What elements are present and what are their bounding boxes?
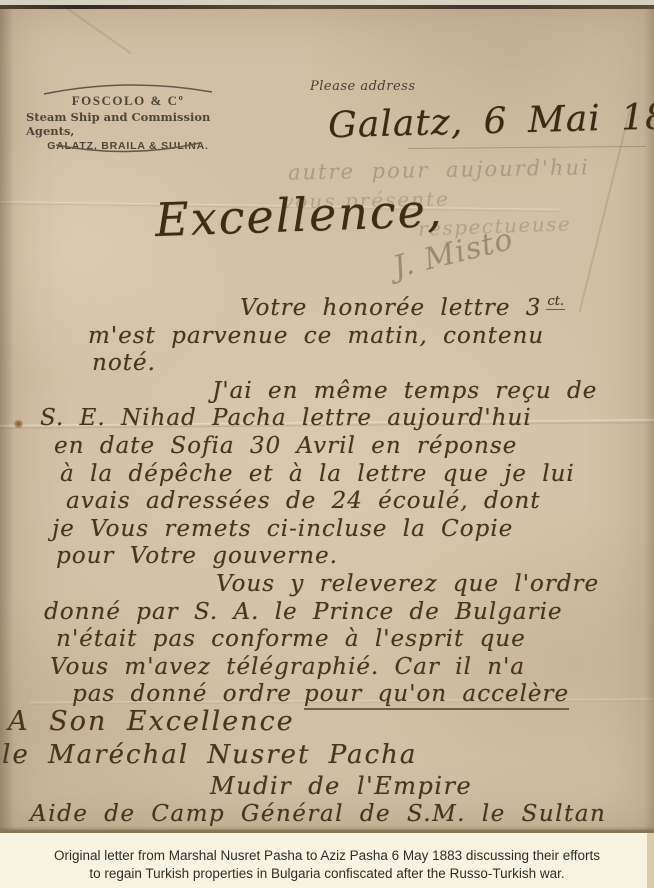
letter-line: avais adressées de 24 écoulé, dont (40, 488, 646, 516)
letter-line-text: Votre honorée lettre 3 (240, 295, 541, 321)
paper-top-edge (0, 5, 654, 9)
letter-line: Vous y releverez que l'ordre (40, 571, 646, 599)
letter-line: je Vous remets ci-incluse la Copie (40, 516, 646, 544)
recipient-title: Mudir de l'Empire (210, 772, 472, 800)
ink-stain (14, 420, 23, 428)
recipient-title-2: Aide de Camp Général de S.M. le Sultan (30, 801, 606, 827)
letter-line: à la dépêche et à la lettre que je lui (40, 461, 646, 489)
letter-line: Votre honorée lettre 3ct. (40, 288, 646, 323)
letterhead-stamp: FOSCOLO & Cº Steam Ship and Commission A… (26, 80, 230, 158)
paper-edge-shadow-left (0, 8, 14, 830)
caption-strip: Original letter from Marshal Nusret Pash… (0, 830, 654, 888)
letter-line-text: pas donné ordre (72, 681, 292, 707)
letter-line: noté. (40, 350, 646, 378)
bleed-through-text: autre pour aujourd'hui (288, 155, 590, 184)
underlined-phrase: pour qu'on accelère (304, 681, 569, 710)
letter-line: Vous m'avez télégraphié. Car il n'a (40, 654, 646, 682)
recipient-line: A Son Excellence (8, 706, 295, 737)
letter-line: J'ai en même temps reçu de (40, 378, 646, 406)
salutation: Excellence, (154, 183, 444, 247)
letter-line: S. E. Nihad Pacha lettre aujourd'hui (40, 405, 646, 433)
paper-edge-shadow-right (644, 8, 654, 830)
dateline-rule (408, 146, 646, 149)
letter-line: donné par S. A. le Prince de Bulgarie (40, 599, 646, 627)
recipient-name: le Maréchal Nusret Pacha (2, 740, 417, 770)
letter-paper: FOSCOLO & Cº Steam Ship and Commission A… (0, 0, 654, 830)
letter-line: m'est parvenue ce matin, contenu (40, 323, 646, 351)
caption-strip-edge (647, 833, 654, 888)
caption-line-2: to regain Turkish properties in Bulgaria… (0, 865, 654, 883)
scanned-letter-page: FOSCOLO & Cº Steam Ship and Commission A… (0, 0, 654, 888)
please-address-note: Please address (310, 79, 416, 94)
letterhead-flourish-icon (26, 80, 230, 158)
letter-line: en date Sofia 30 Avril en réponse (40, 433, 646, 461)
dateline: Galatz, 6 Mai 1883. (328, 95, 654, 146)
letter-body: Votre honorée lettre 3ct. m'est parvenue… (40, 288, 646, 709)
letter-line: n'était pas conforme à l'esprit que (40, 626, 646, 654)
letter-line: pas donné ordrepour qu'on accelère (40, 681, 646, 709)
letter-line: pour Votre gouverne. (40, 543, 646, 571)
superscript-ct: ct. (546, 294, 565, 310)
caption-line-1: Original letter from Marshal Nusret Pash… (0, 847, 654, 865)
